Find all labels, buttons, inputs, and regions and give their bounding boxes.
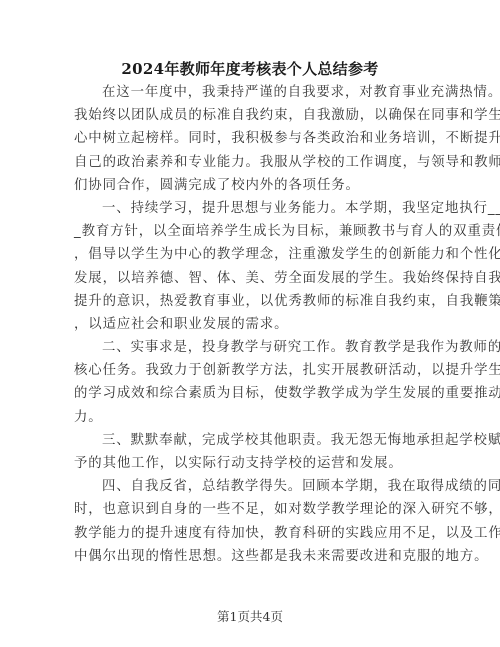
text-line: 力。 bbox=[74, 406, 426, 429]
document-page: 2024年教师年度考核表个人总结参考 在这一年度中，我秉持严谨的自我要求，对教育… bbox=[0, 0, 500, 647]
document-body: 在这一年度中，我秉持严谨的自我要求，对教育事业充满热情。 我始终以团队成员的标准… bbox=[74, 81, 426, 568]
section-1-heading-line: 一、持续学习，提升思想与业务能力。本学期，我坚定地执行___ bbox=[74, 197, 426, 220]
text-line: ，倡导以学生为中心的教学理念，注重激发学生的创新能力和个性化 bbox=[74, 243, 426, 266]
text-line: 中偶尔出现的惰性思想。这些都是我未来需要改进和克服的地方。 bbox=[74, 545, 426, 568]
text-line: 的学习成效和综合素质为目标，使数学教学成为学生发展的重要推动 bbox=[74, 382, 426, 405]
text-line: 予的其他工作，以实际行动支持学校的运营和发展。 bbox=[74, 452, 426, 475]
text-line: 们协同合作，圆满完成了校内外的各项任务。 bbox=[74, 174, 426, 197]
text-line: 核心任务。我致力于创新教学方法，扎实开展教研活动，以提升学生 bbox=[74, 359, 426, 382]
document-title: 2024年教师年度考核表个人总结参考 bbox=[0, 58, 500, 79]
section-3-heading-line: 三、默默奉献，完成学校其他职责。我无怨无悔地承担起学校赋 bbox=[74, 429, 426, 452]
text-line: 提升的意识，热爱教育事业，以优秀教师的标准自我约束，自我鞭策 bbox=[74, 290, 426, 313]
text-line: 心中树立起榜样。同时，我积极参与各类政治和业务培训，不断提升 bbox=[74, 127, 426, 150]
text-line: 教学能力的提升速度有待加快，教育科研的实践应用不足，以及工作 bbox=[74, 522, 426, 545]
text-line: 发展，以培养德、智、体、美、劳全面发展的学生。我始终保持自我 bbox=[74, 267, 426, 290]
text-line: 时，也意识到自身的一些不足，如对数学教学理论的深入研究不够， bbox=[74, 498, 426, 521]
text-line: ，以适应社会和职业发展的需求。 bbox=[74, 313, 426, 336]
section-2-heading-line: 二、实事求是，投身教学与研究工作。教育教学是我作为教师的 bbox=[74, 336, 426, 359]
page-number: 第1页共4页 bbox=[0, 607, 500, 625]
text-line: _教育方针，以全面培养学生成长为目标，兼顾教书与育人的双重责任 bbox=[74, 220, 426, 243]
section-4-heading-line: 四、自我反省，总结教学得失。回顾本学期，我在取得成绩的同 bbox=[74, 475, 426, 498]
text-line: 在这一年度中，我秉持严谨的自我要求，对教育事业充满热情。 bbox=[74, 81, 426, 104]
text-line: 我始终以团队成员的标准自我约束，自我激励，以确保在同事和学生 bbox=[74, 104, 426, 127]
text-line: 自己的政治素养和专业能力。我服从学校的工作调度，与领导和教师 bbox=[74, 151, 426, 174]
